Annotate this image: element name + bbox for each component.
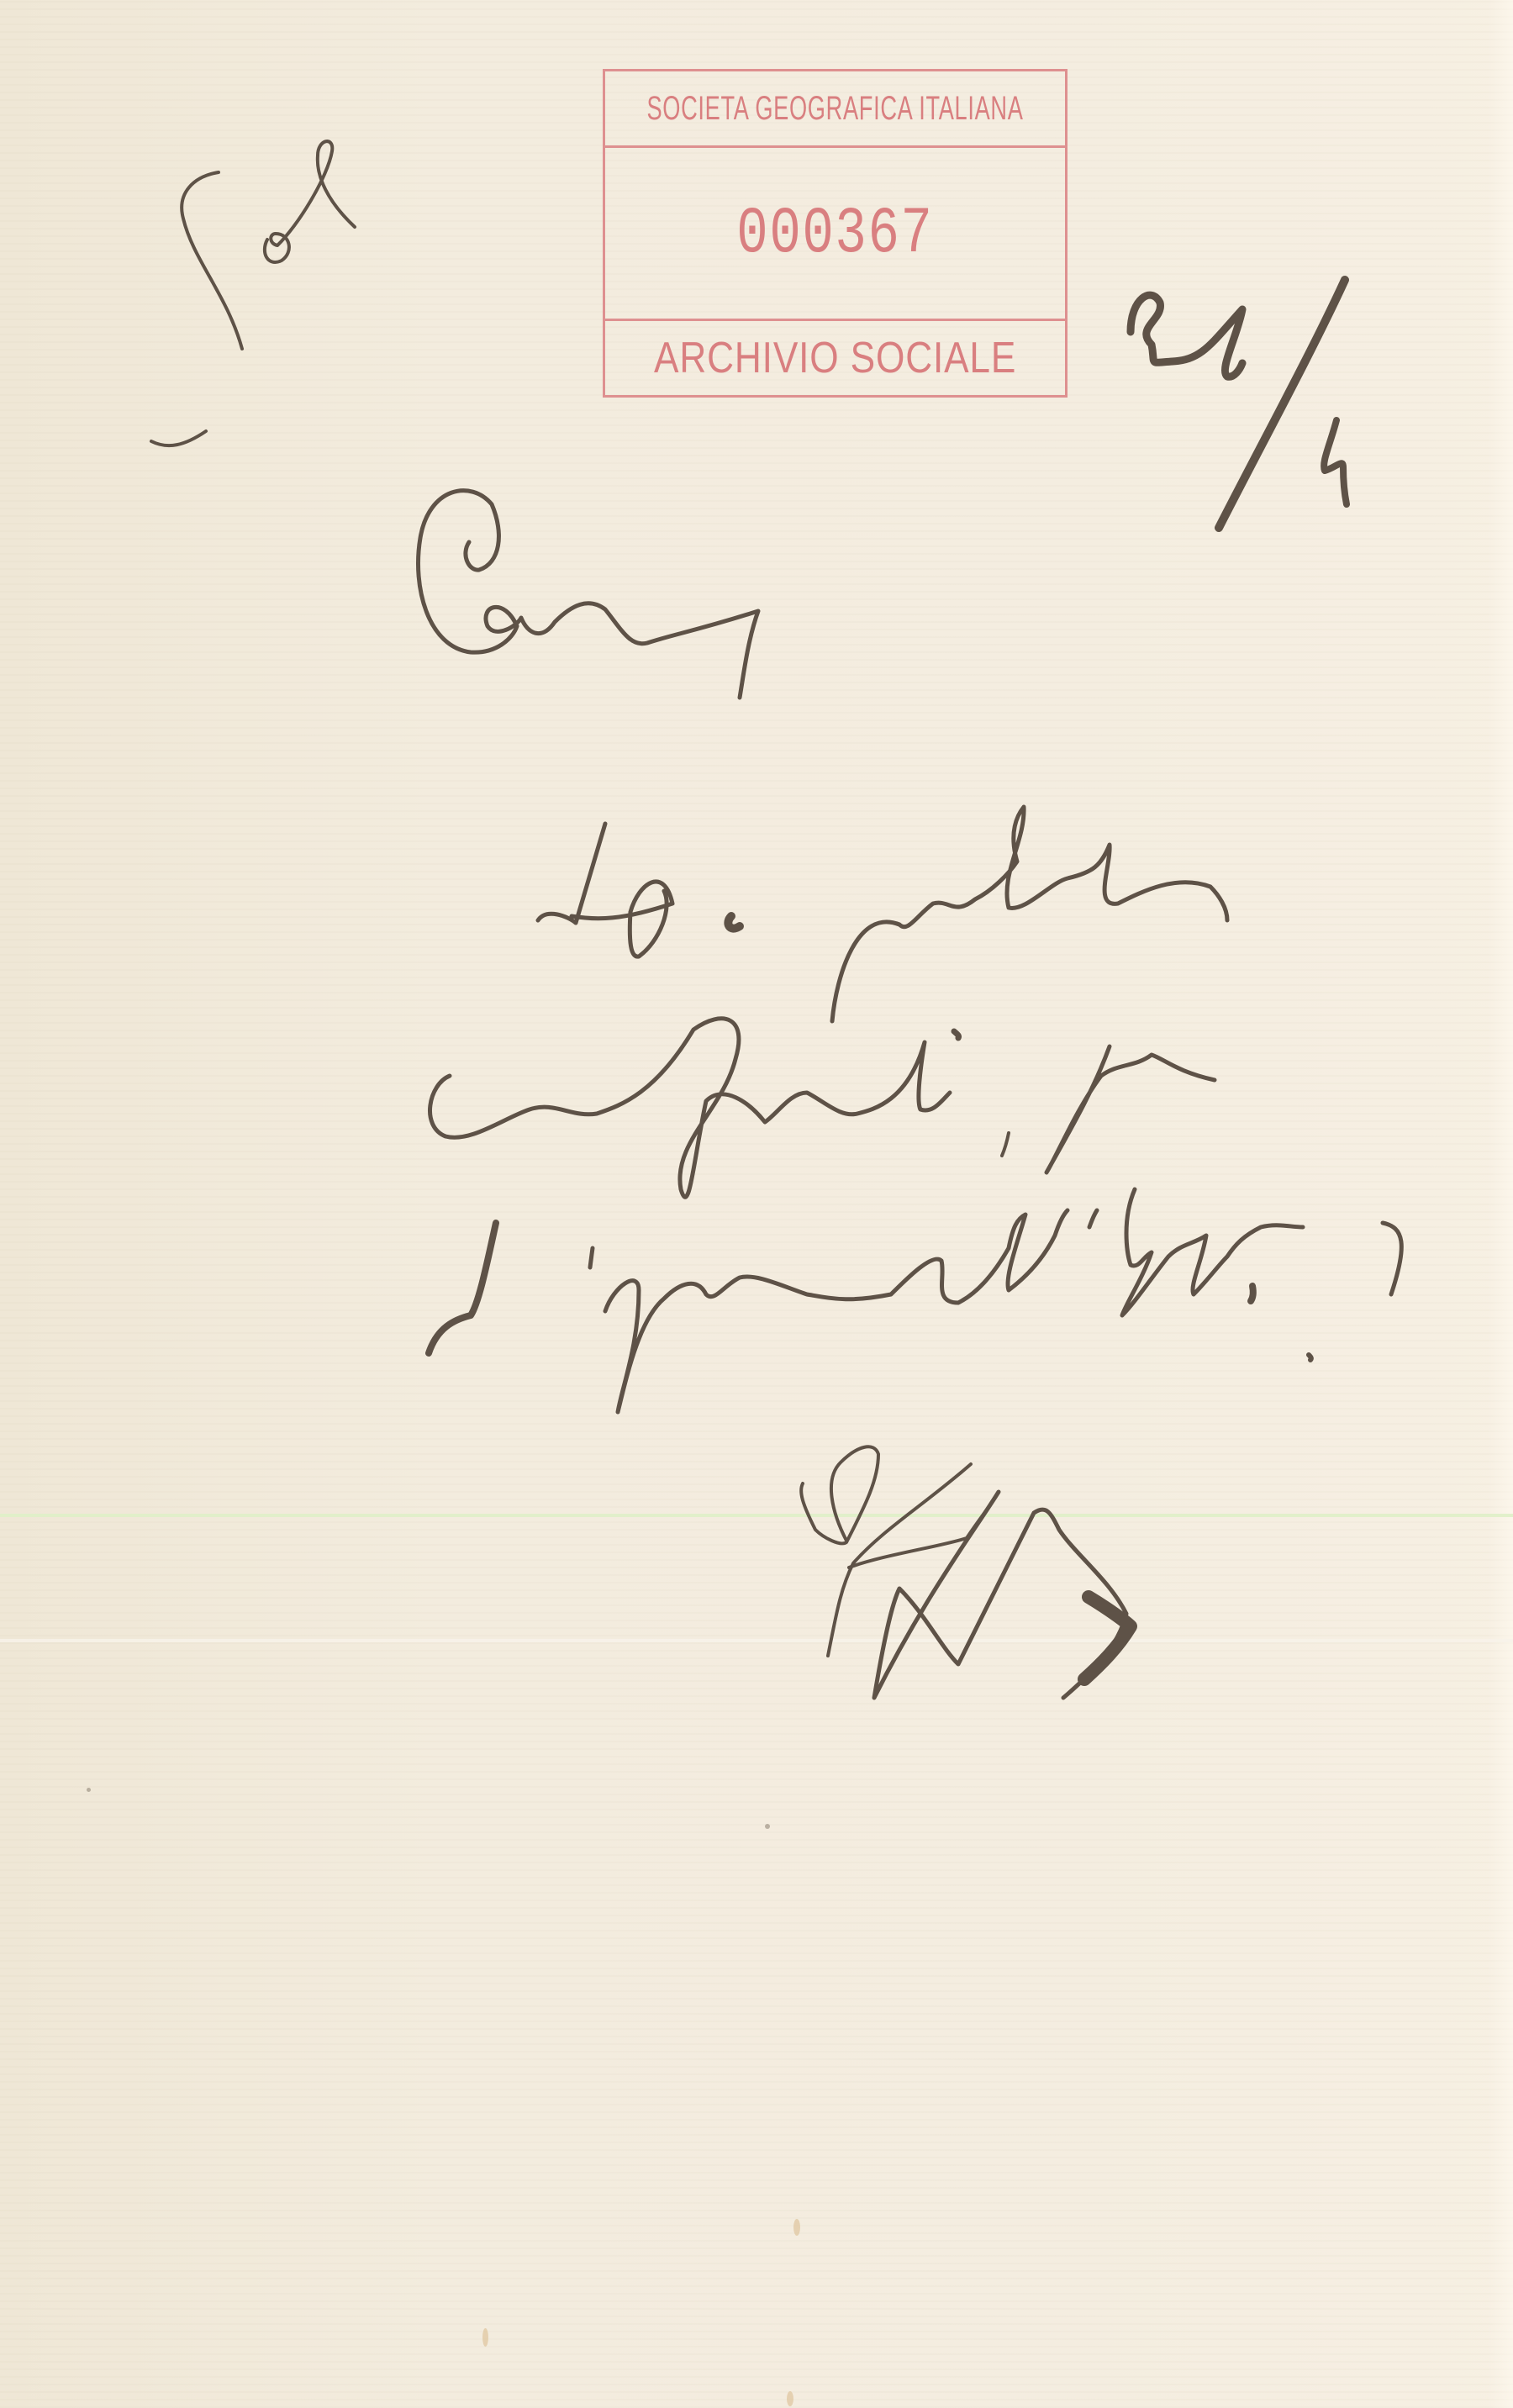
stamp-number: 000367: [736, 198, 933, 271]
stamp-archive: ARCHIVIO SOCIALE: [654, 333, 1016, 383]
foxing-spot: [765, 1824, 770, 1829]
archive-stamp: SOCIETA GEOGRAFICA ITALIANA 000367 ARCHI…: [603, 69, 1068, 398]
date-note: 21/4: [1093, 252, 1387, 563]
stamp-institution: SOCIETA GEOGRAFICA ITALIANA: [646, 90, 1023, 128]
foxing-spot: [787, 2391, 793, 2406]
foxing-spot: [87, 1788, 91, 1792]
foxing-spot: [482, 2328, 488, 2347]
foxing-spot: [793, 2219, 800, 2236]
letter-salutation: Caro: [378, 462, 799, 714]
signature: signature (illegible initials): [756, 1412, 1177, 1731]
letter-line: l'opera sull'Egitto?: [387, 1177, 1513, 1429]
margin-note: Sole: [126, 126, 420, 462]
